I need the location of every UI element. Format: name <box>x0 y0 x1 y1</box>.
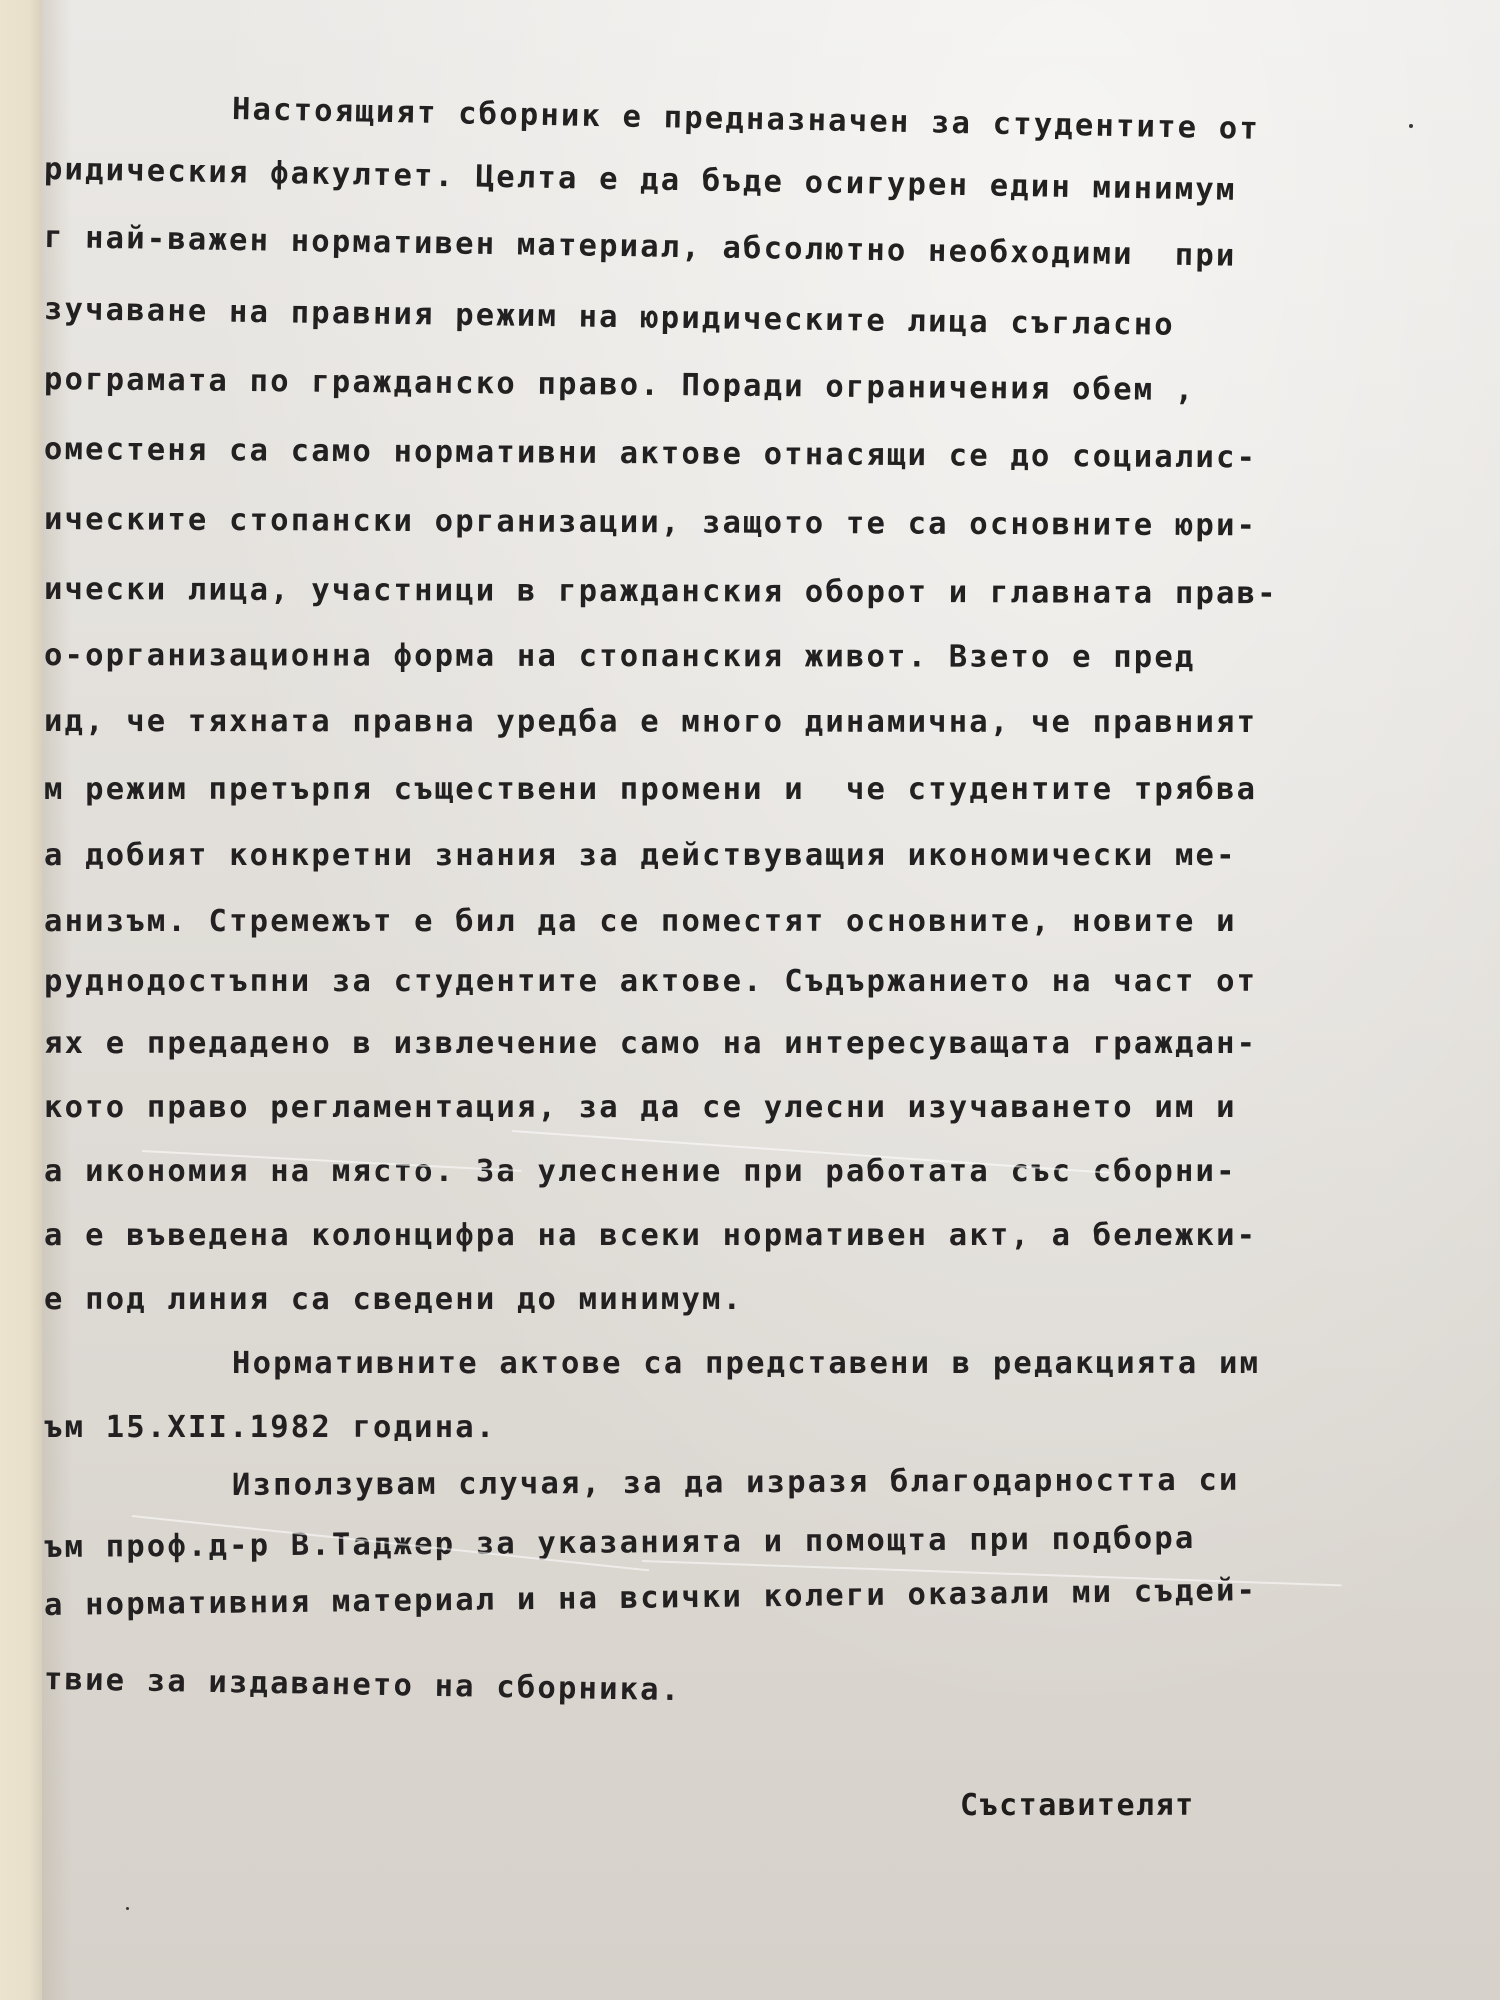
text-line: кото право регламентация, за да се улесн… <box>44 1090 1237 1125</box>
text-line: ъм проф.д-р В.Таджер за указанията и пом… <box>44 1521 1196 1565</box>
text-line: оместеня са само нормативни актове отнас… <box>44 432 1257 475</box>
text-line: Използувам случая, за да изразя благодар… <box>232 1463 1240 1503</box>
text-line: Настоящият сборник е предназначен за сту… <box>232 92 1261 147</box>
text-line: а нормативния материал и на всички колег… <box>44 1573 1258 1623</box>
text-line: а добият конкретни знания за действуващи… <box>44 838 1237 873</box>
text-line: твие за издаването на сборника. <box>44 1662 682 1708</box>
text-line: е под линия са сведени до минимум. <box>44 1282 743 1317</box>
paper-speck <box>1409 124 1413 128</box>
text-line: ях е предадено в извлечение само на инте… <box>44 1026 1257 1061</box>
text-line: ъм 15.XII.1982 година. <box>44 1410 496 1445</box>
text-line: а е въведена колонцифра на всеки нормати… <box>44 1218 1257 1253</box>
text-line: зучаване на правния режим на юридическит… <box>44 292 1175 343</box>
text-line: анизъм. Стремежът е бил да се поместят о… <box>44 904 1237 939</box>
text-line: ид, че тяхната правна уредба е много дин… <box>44 704 1257 740</box>
text-line: а икономия на място. За улеснение при ра… <box>44 1154 1237 1189</box>
text-line: Нормативните актове са представени в ред… <box>232 1346 1260 1381</box>
text-line: ическите стопански организации, защото т… <box>44 502 1257 543</box>
text-line: ически лица, участници в гражданския обо… <box>44 572 1278 611</box>
text-line: ридическия факултет. Целта е да бъде оси… <box>44 152 1237 208</box>
book-gutter <box>0 0 42 2000</box>
signature: Съставителят <box>960 1788 1195 1823</box>
document-page: Настоящият сборник е предназначен за сту… <box>42 0 1500 2000</box>
text-line: г най-важен нормативен материал, абсолют… <box>44 220 1237 274</box>
text-line: руднодостъпни за студентите актове. Съдъ… <box>44 964 1257 999</box>
paper-speck <box>126 1907 129 1910</box>
text-line: рограмата по гражданско право. Поради ог… <box>44 362 1196 408</box>
text-line: о-организационна форма на стопанския жив… <box>44 638 1196 675</box>
text-line: м режим претърпя съществени промени и че… <box>44 772 1257 807</box>
